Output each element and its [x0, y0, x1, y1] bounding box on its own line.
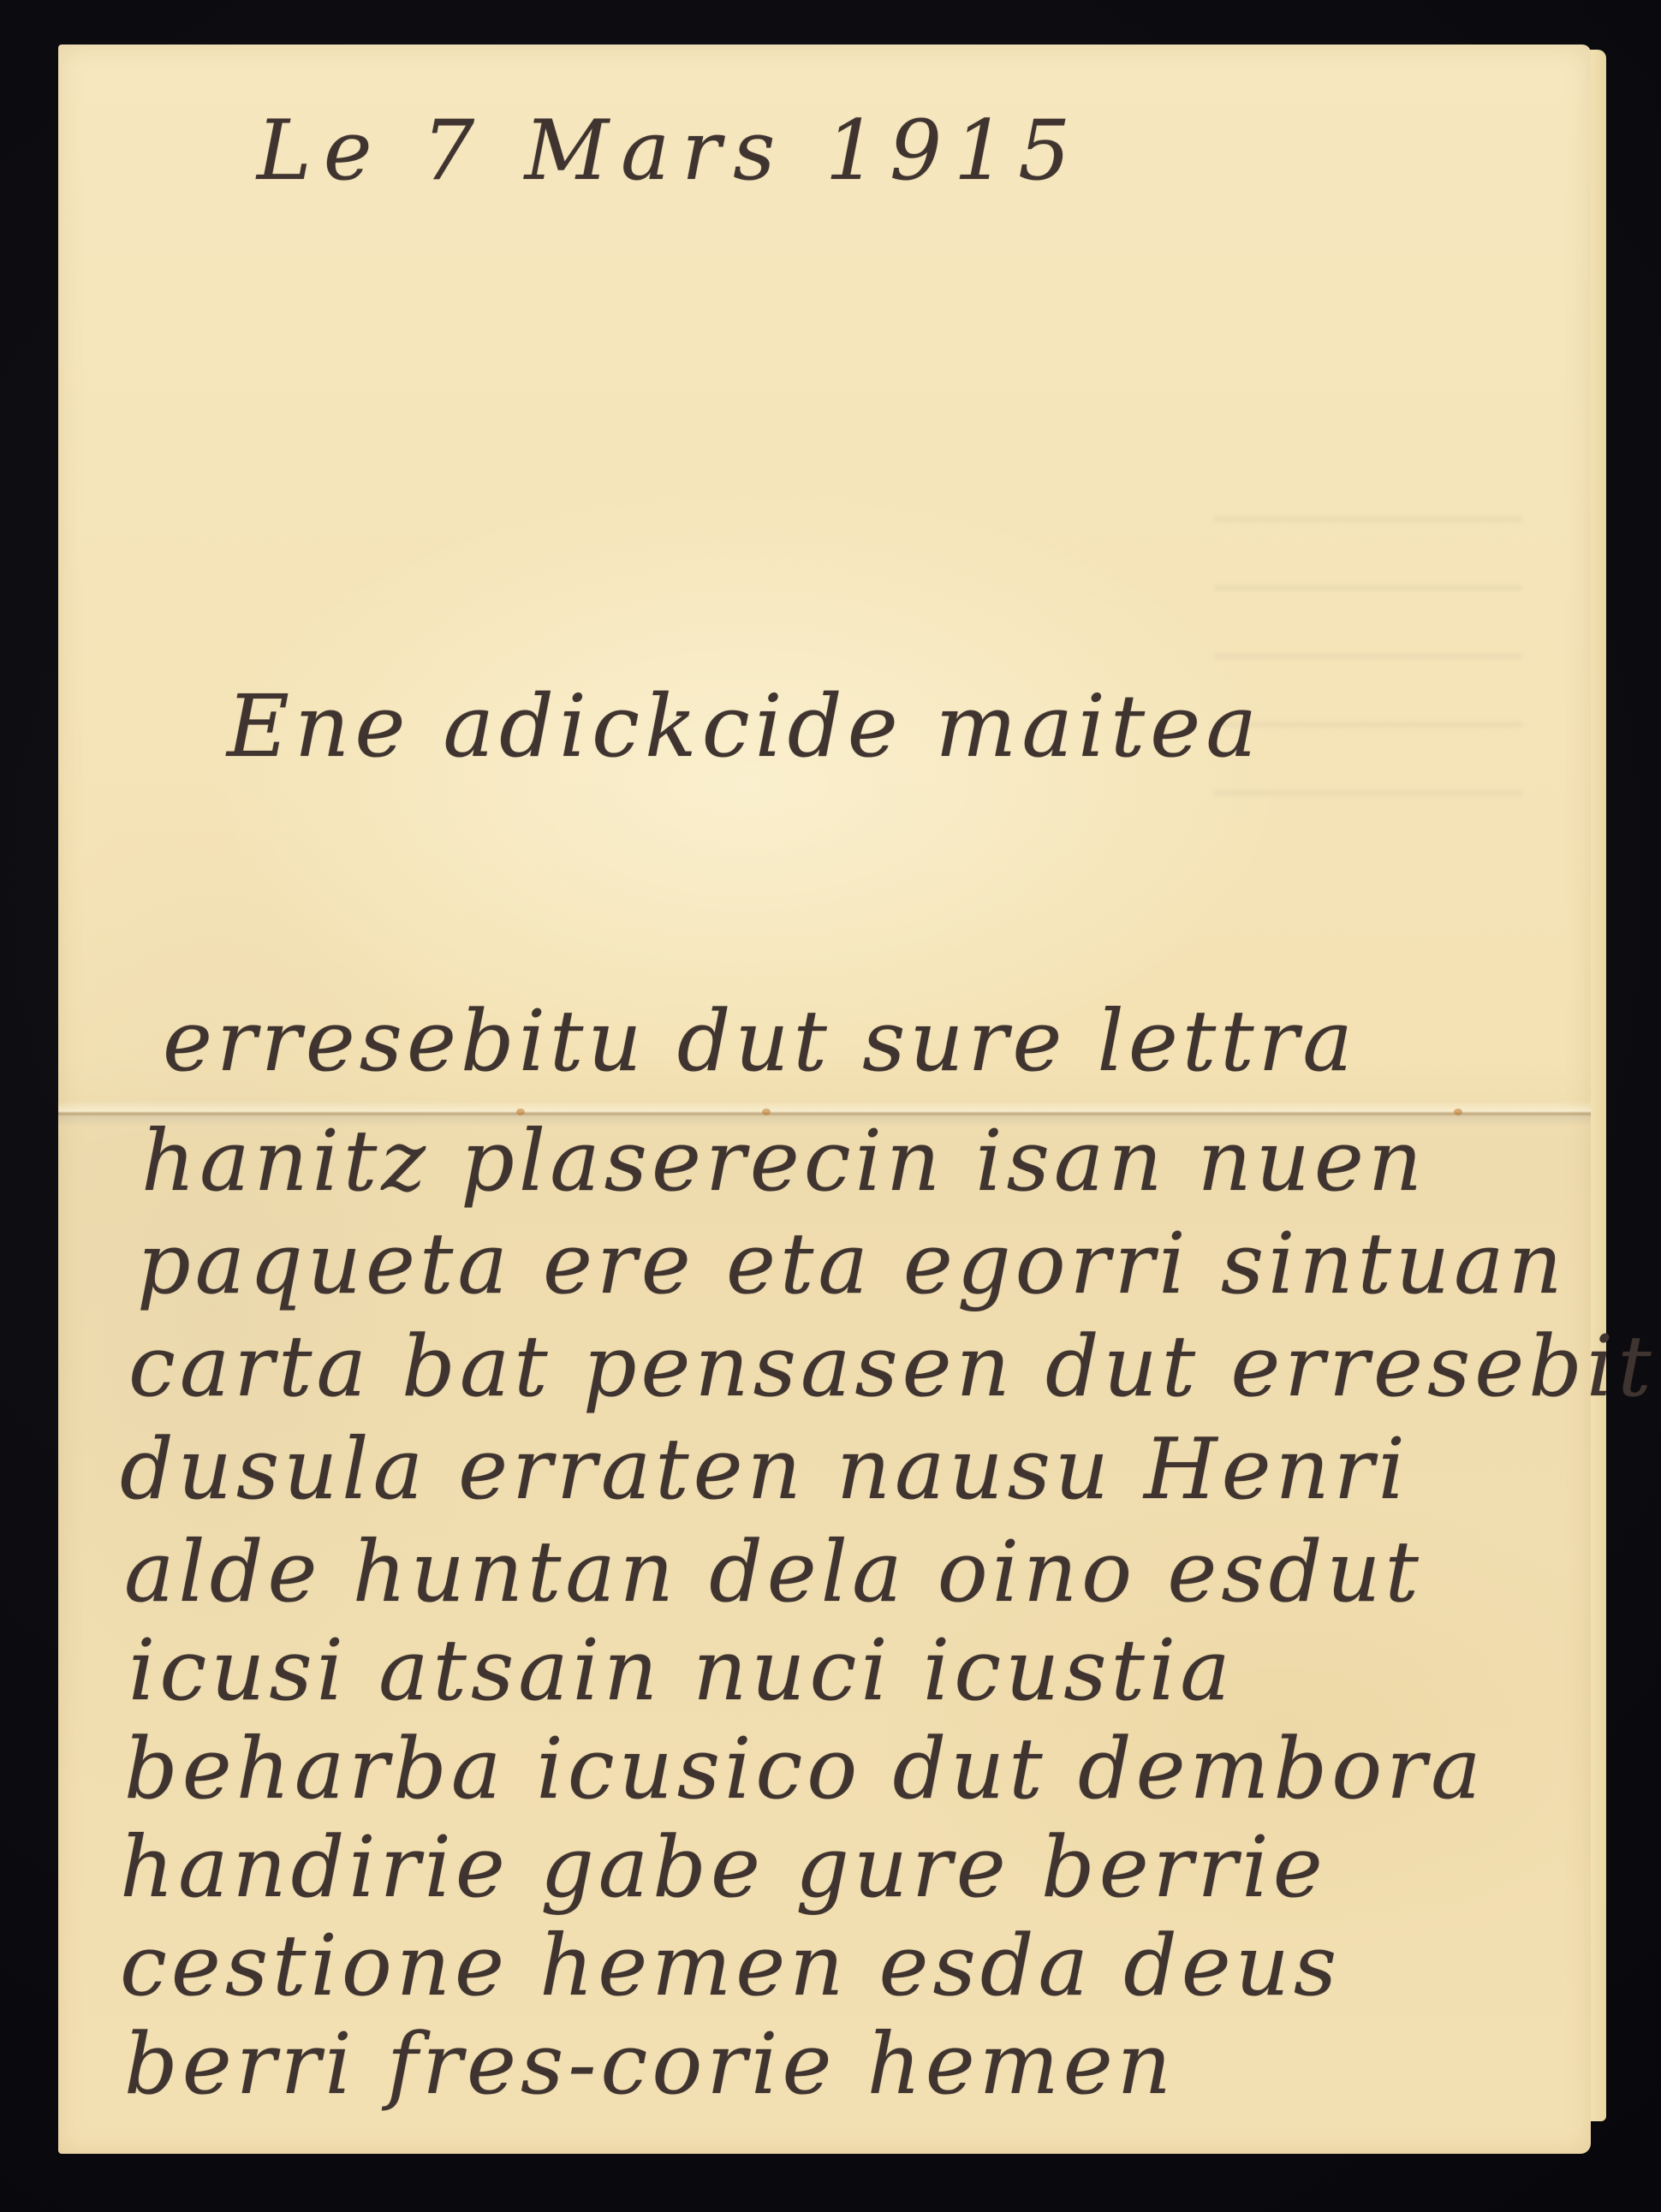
body-line-9: handirie gabe gure berrie	[120, 1819, 1327, 1917]
date-line: Le 7 Mars 1915	[257, 103, 1082, 199]
body-line-7: icusi atsain nuci icustia	[128, 1622, 1235, 1720]
salutation: Ene adickcide maitea	[227, 676, 1262, 776]
fold-stain	[1454, 1109, 1462, 1115]
body-line-10: cestione hemen esda deus	[120, 1918, 1341, 2015]
body-line-5: dusula erraten nausu Henri	[120, 1421, 1409, 1519]
body-line-6: alde huntan dela oino esdut	[124, 1524, 1423, 1621]
body-line-3: paqueta ere eta egorri sintuan	[137, 1216, 1567, 1313]
body-line-11: berri fres-corie hemen	[124, 2016, 1176, 2114]
body-line-8: beharba icusico dut dembora	[124, 1721, 1485, 1818]
body-line-2: hanitz plaserecin isan nuen	[141, 1113, 1426, 1210]
body-line-1: erresebitu dut sure lettra	[163, 993, 1357, 1091]
body-line-4: carta bat pensasen dut erresebitu	[128, 1318, 1661, 1416]
